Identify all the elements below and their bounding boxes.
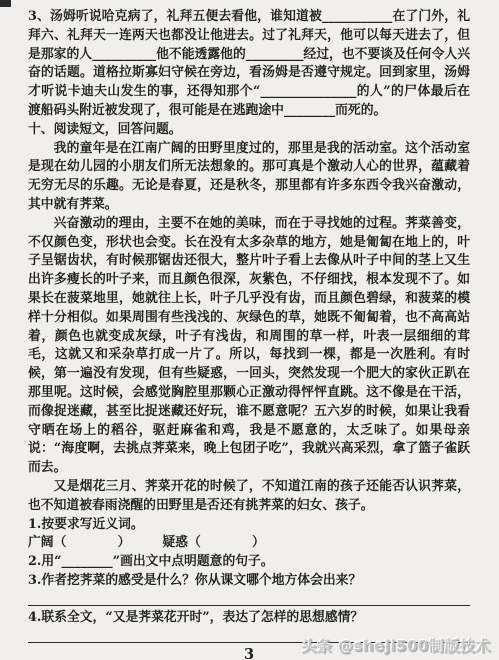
watermark: 头条 @sheji500制版技术 [301, 635, 491, 656]
passage-paragraph-1: 我的童年是在江南广阔的田野里度过的，那里是我的活动室。这个活动室是现在幼儿园的小… [28, 140, 470, 215]
question-3: 3.作者挖荠菜的感受是什么？你从课文哪个地方体会出来？ [28, 572, 470, 591]
answer-line [28, 605, 470, 606]
question-1-word-blanks: 广阔（ ） 疑惑（ ） [28, 534, 470, 553]
question-4: 4.联系全文，“又是荠菜花开时”，表达了怎样的思想感情？ [28, 609, 470, 628]
passage-paragraph-3: 又是烟花三月、荠菜开花的时候了，不知道江南的孩子还能否认识荠菜，也不知道被春雨浇… [28, 478, 470, 516]
question-2: 2.用“________”画出文中点明题意的句子。 [28, 553, 470, 572]
passage-paragraph-2: 兴奋激动的理由，主要不在她的美味，而在于寻找她的过程。荠菜善变，不仅颜色变，形状… [28, 215, 470, 478]
question-1: 1.按要求写近义词。 [28, 516, 470, 535]
worksheet-page: 3、汤姆听说哈克病了，礼拜五便去看他，谁知道被___________在了门外，礼… [28, 8, 470, 660]
scan-corner-artifact [0, 0, 11, 7]
section-heading: 十、阅读短文，回答问题。 [28, 121, 470, 140]
exercise-item-3: 3、汤姆听说哈克病了，礼拜五便去看他，谁知道被___________在了门外，礼… [28, 8, 470, 121]
